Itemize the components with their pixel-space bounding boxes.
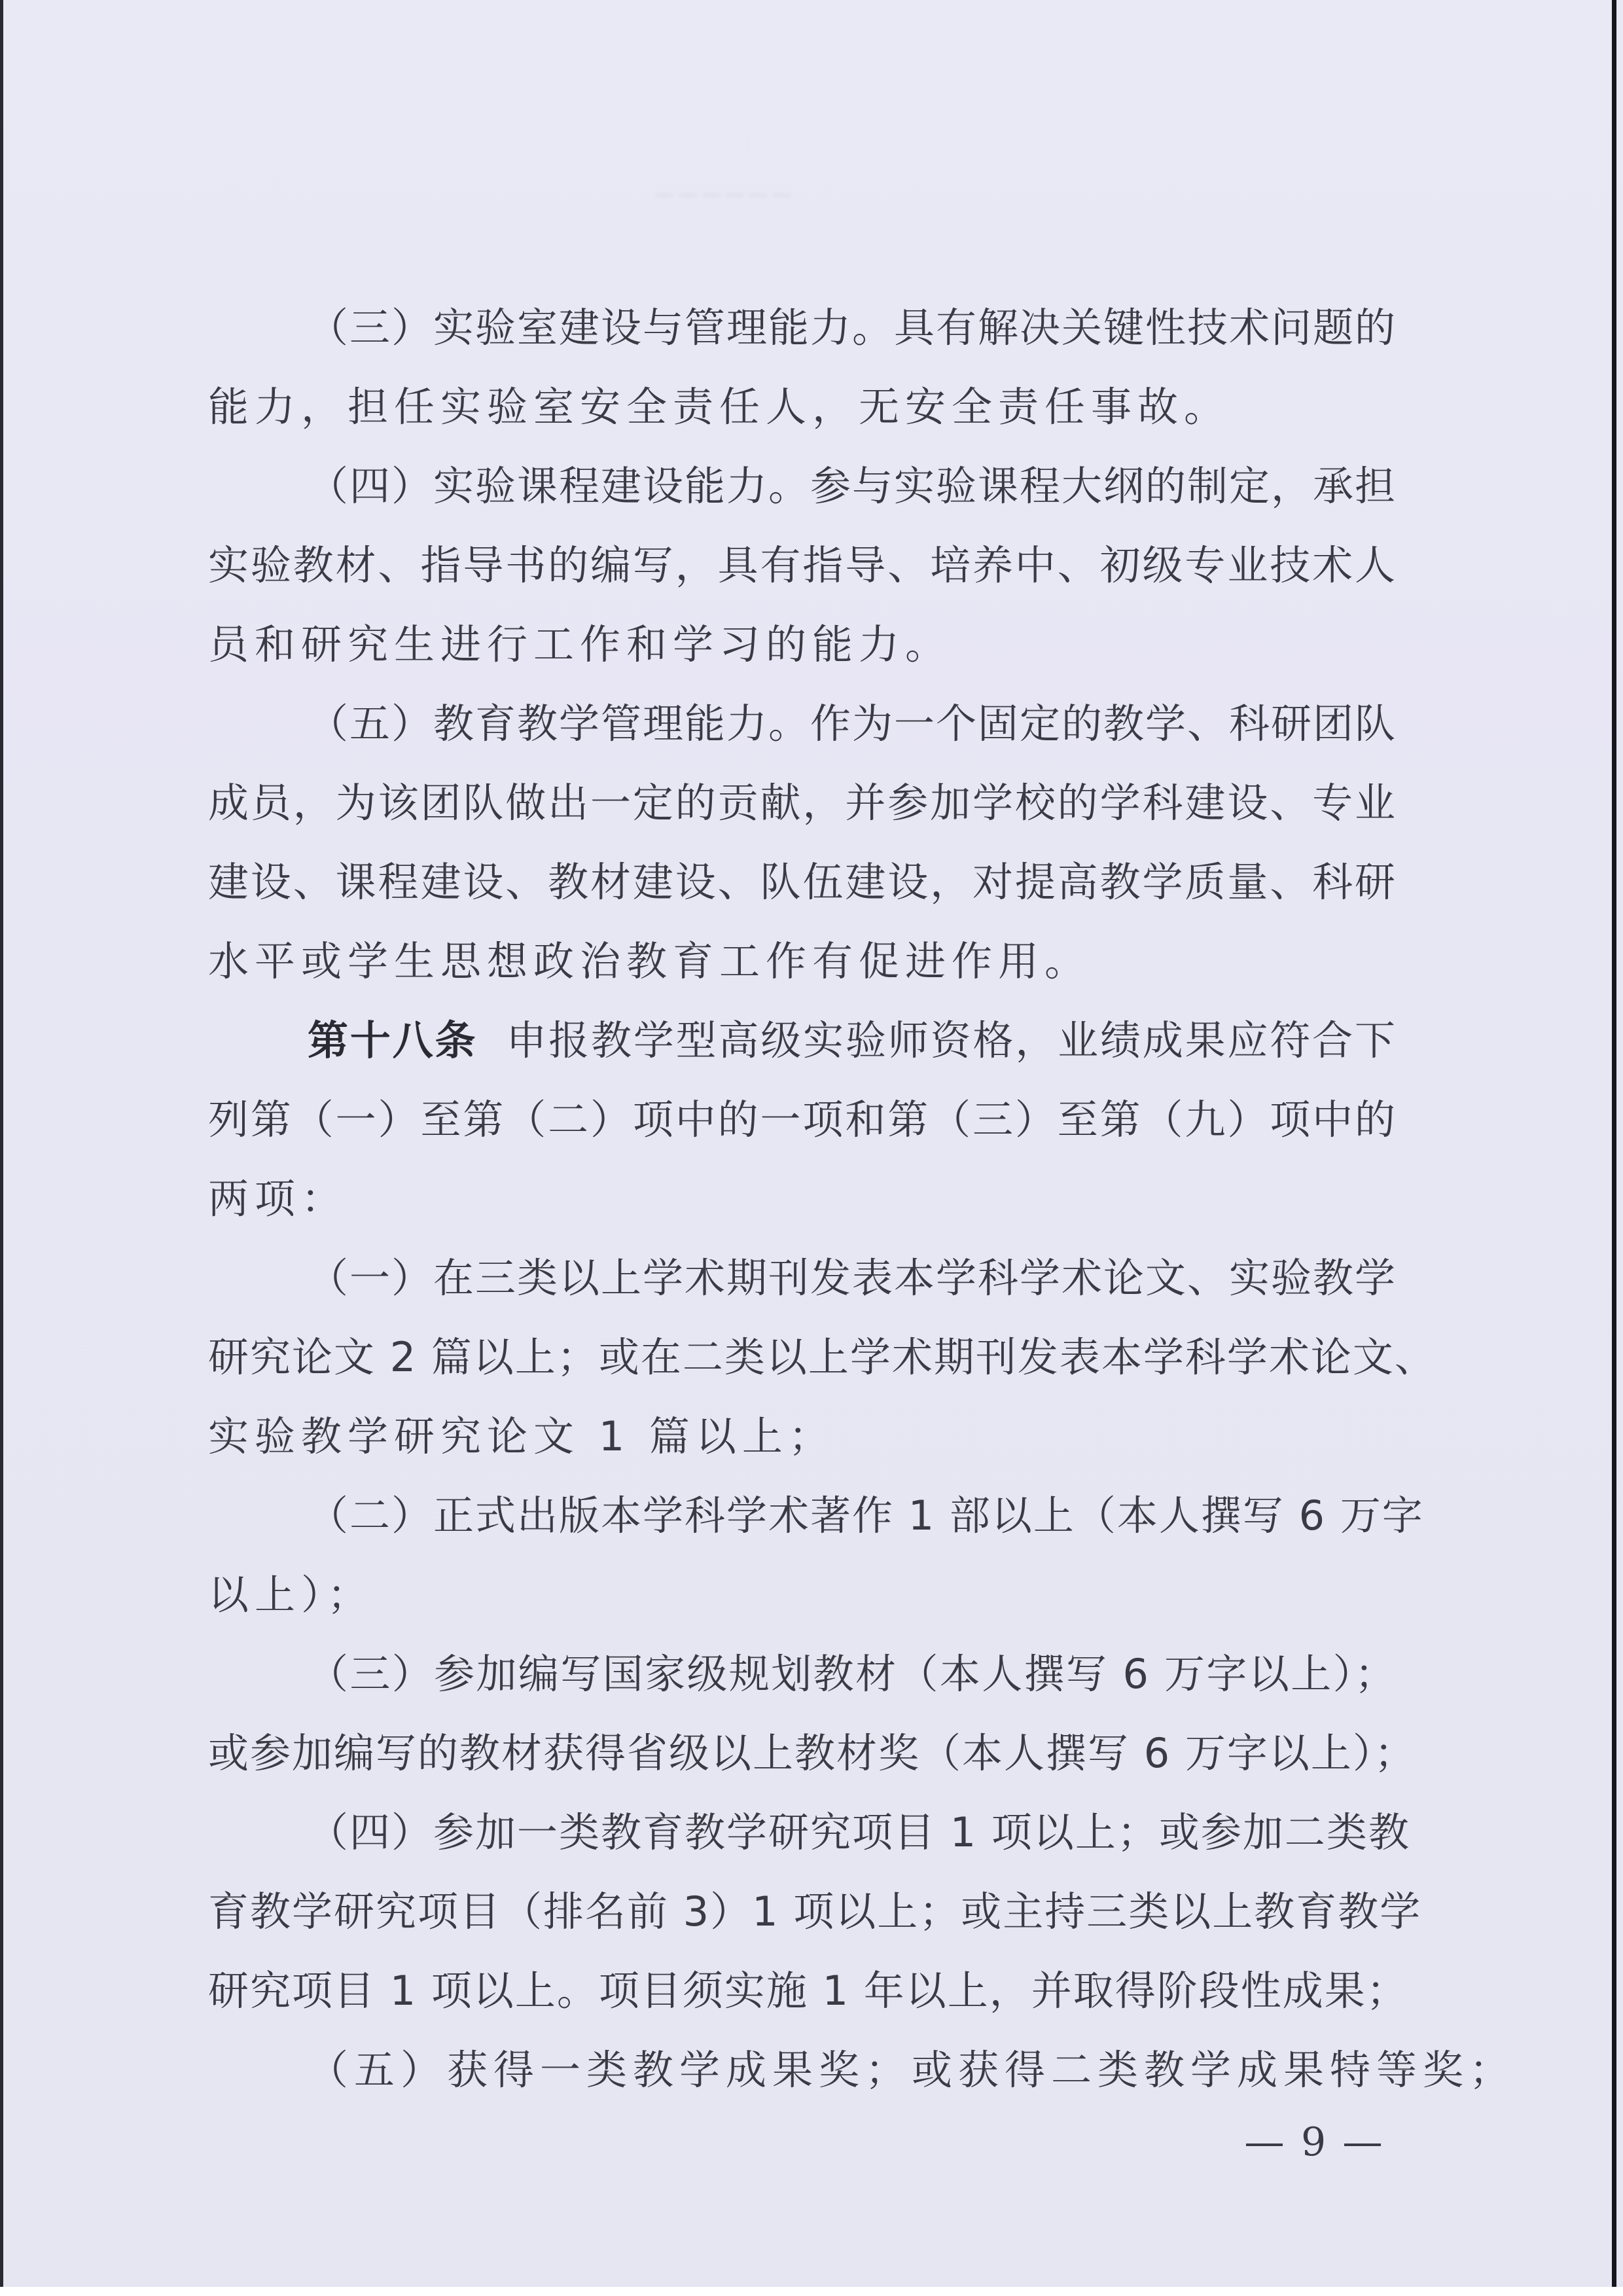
page-number-value: 9 (1301, 2119, 1326, 2165)
text-line: （四）参加一类教育教学研究项目 1 项以上；或参加二类教 (208, 1793, 1397, 1872)
article-heading: 第十八条 (308, 1016, 477, 1064)
paragraph-item-5-teaching-management: （五）教育教学管理能力。作为一个固定的教学、科研团队 成员，为该团队做出一定的贡… (208, 684, 1397, 1001)
text-line: （五）教育教学管理能力。作为一个固定的教学、科研团队 (208, 684, 1397, 763)
text-line: 以上）； (208, 1555, 1397, 1634)
paragraph-item-3-lab-construction: （三）实验室建设与管理能力。具有解决关键性技术问题的 能力，担任实验室安全责任人… (208, 288, 1397, 446)
text-line: 实验教材、指导书的编写，具有指导、培养中、初级专业技术人 (208, 526, 1397, 605)
text-line: 育教学研究项目（排名前 3）1 项以上；或主持三类以上教育教学 (208, 1872, 1397, 1951)
paragraph-article-18-item-5: （五）获得一类教学成果奖；或获得二类教学成果特等奖； (208, 2030, 1397, 2109)
text-line: （一）在三类以上学术期刊发表本学科学术论文、实验教学 (208, 1238, 1397, 1318)
paragraph-article-18-item-1: （一）在三类以上学术期刊发表本学科学术论文、实验教学 研究论文 2 篇以上；或在… (208, 1238, 1397, 1476)
text-line: 实验教学研究论文 1 篇以上； (208, 1397, 1397, 1476)
article-text: 申报教学型高级实验师资格，业绩成果应符合下 (506, 1016, 1397, 1064)
paragraph-article-18-item-2: （二）正式出版本学科学术著作 1 部以上（本人撰写 6 万字 以上）； (208, 1476, 1397, 1634)
bleed-through-header: —————— (654, 183, 942, 206)
text-line: （三）参加编写国家级规划教材（本人撰写 6 万字以上）； (208, 1634, 1397, 1713)
text-line: 建设、课程建设、教材建设、队伍建设，对提高教学质量、科研 (208, 842, 1397, 922)
page-number: 9 (1228, 2119, 1399, 2165)
paragraph-item-4-course-construction: （四）实验课程建设能力。参与实验课程大纲的制定，承担 实验教材、指导书的编写，具… (208, 446, 1397, 684)
text-line: （四）实验课程建设能力。参与实验课程大纲的制定，承担 (208, 446, 1397, 526)
text-line: （二）正式出版本学科学术著作 1 部以上（本人撰写 6 万字 (208, 1476, 1397, 1555)
scan-edge-right (1612, 0, 1616, 2287)
text-line: 列第（一）至第（二）项中的一项和第（三）至第（九）项中的 (208, 1080, 1397, 1159)
scanned-page: —————— （三）实验室建设与管理能力。具有解决关键性技术问题的 能力，担任实… (0, 0, 1623, 2287)
text-line: 研究论文 2 篇以上；或在二类以上学术期刊发表本学科学术论文、 (208, 1318, 1397, 1397)
paragraph-article-18-item-4: （四）参加一类教育教学研究项目 1 项以上；或参加二类教 育教学研究项目（排名前… (208, 1793, 1397, 2030)
text-line: 水平或学生思想政治教育工作有促进作用。 (208, 922, 1397, 1001)
scan-edge-left (0, 0, 3, 2287)
text-line: 成员，为该团队做出一定的贡献，并参加学校的学科建设、专业 (208, 763, 1397, 842)
paragraph-article-18-item-3: （三）参加编写国家级规划教材（本人撰写 6 万字以上）； 或参加编写的教材获得省… (208, 1634, 1397, 1793)
text-line: （三）实验室建设与管理能力。具有解决关键性技术问题的 (208, 288, 1397, 367)
page-number-dash-right (1344, 2144, 1381, 2146)
paragraph-article-18: 第十八条申报教学型高级实验师资格，业绩成果应符合下 列第（一）至第（二）项中的一… (208, 1001, 1397, 1238)
text-line: 两项： (208, 1159, 1397, 1238)
text-line: （五）获得一类教学成果奖；或获得二类教学成果特等奖； (208, 2030, 1397, 2109)
text-line: 员和研究生进行工作和学习的能力。 (208, 605, 1397, 684)
text-line: 研究项目 1 项以上。项目须实施 1 年以上，并取得阶段性成果； (208, 1951, 1397, 2030)
page-number-dash-left (1246, 2144, 1283, 2146)
text-line: 第十八条申报教学型高级实验师资格，业绩成果应符合下 (208, 1001, 1397, 1080)
text-line: 能力，担任实验室安全责任人，无安全责任事故。 (208, 367, 1397, 446)
document-body: （三）实验室建设与管理能力。具有解决关键性技术问题的 能力，担任实验室安全责任人… (208, 288, 1397, 2109)
text-line: 或参加编写的教材获得省级以上教材奖（本人撰写 6 万字以上）； (208, 1713, 1397, 1793)
